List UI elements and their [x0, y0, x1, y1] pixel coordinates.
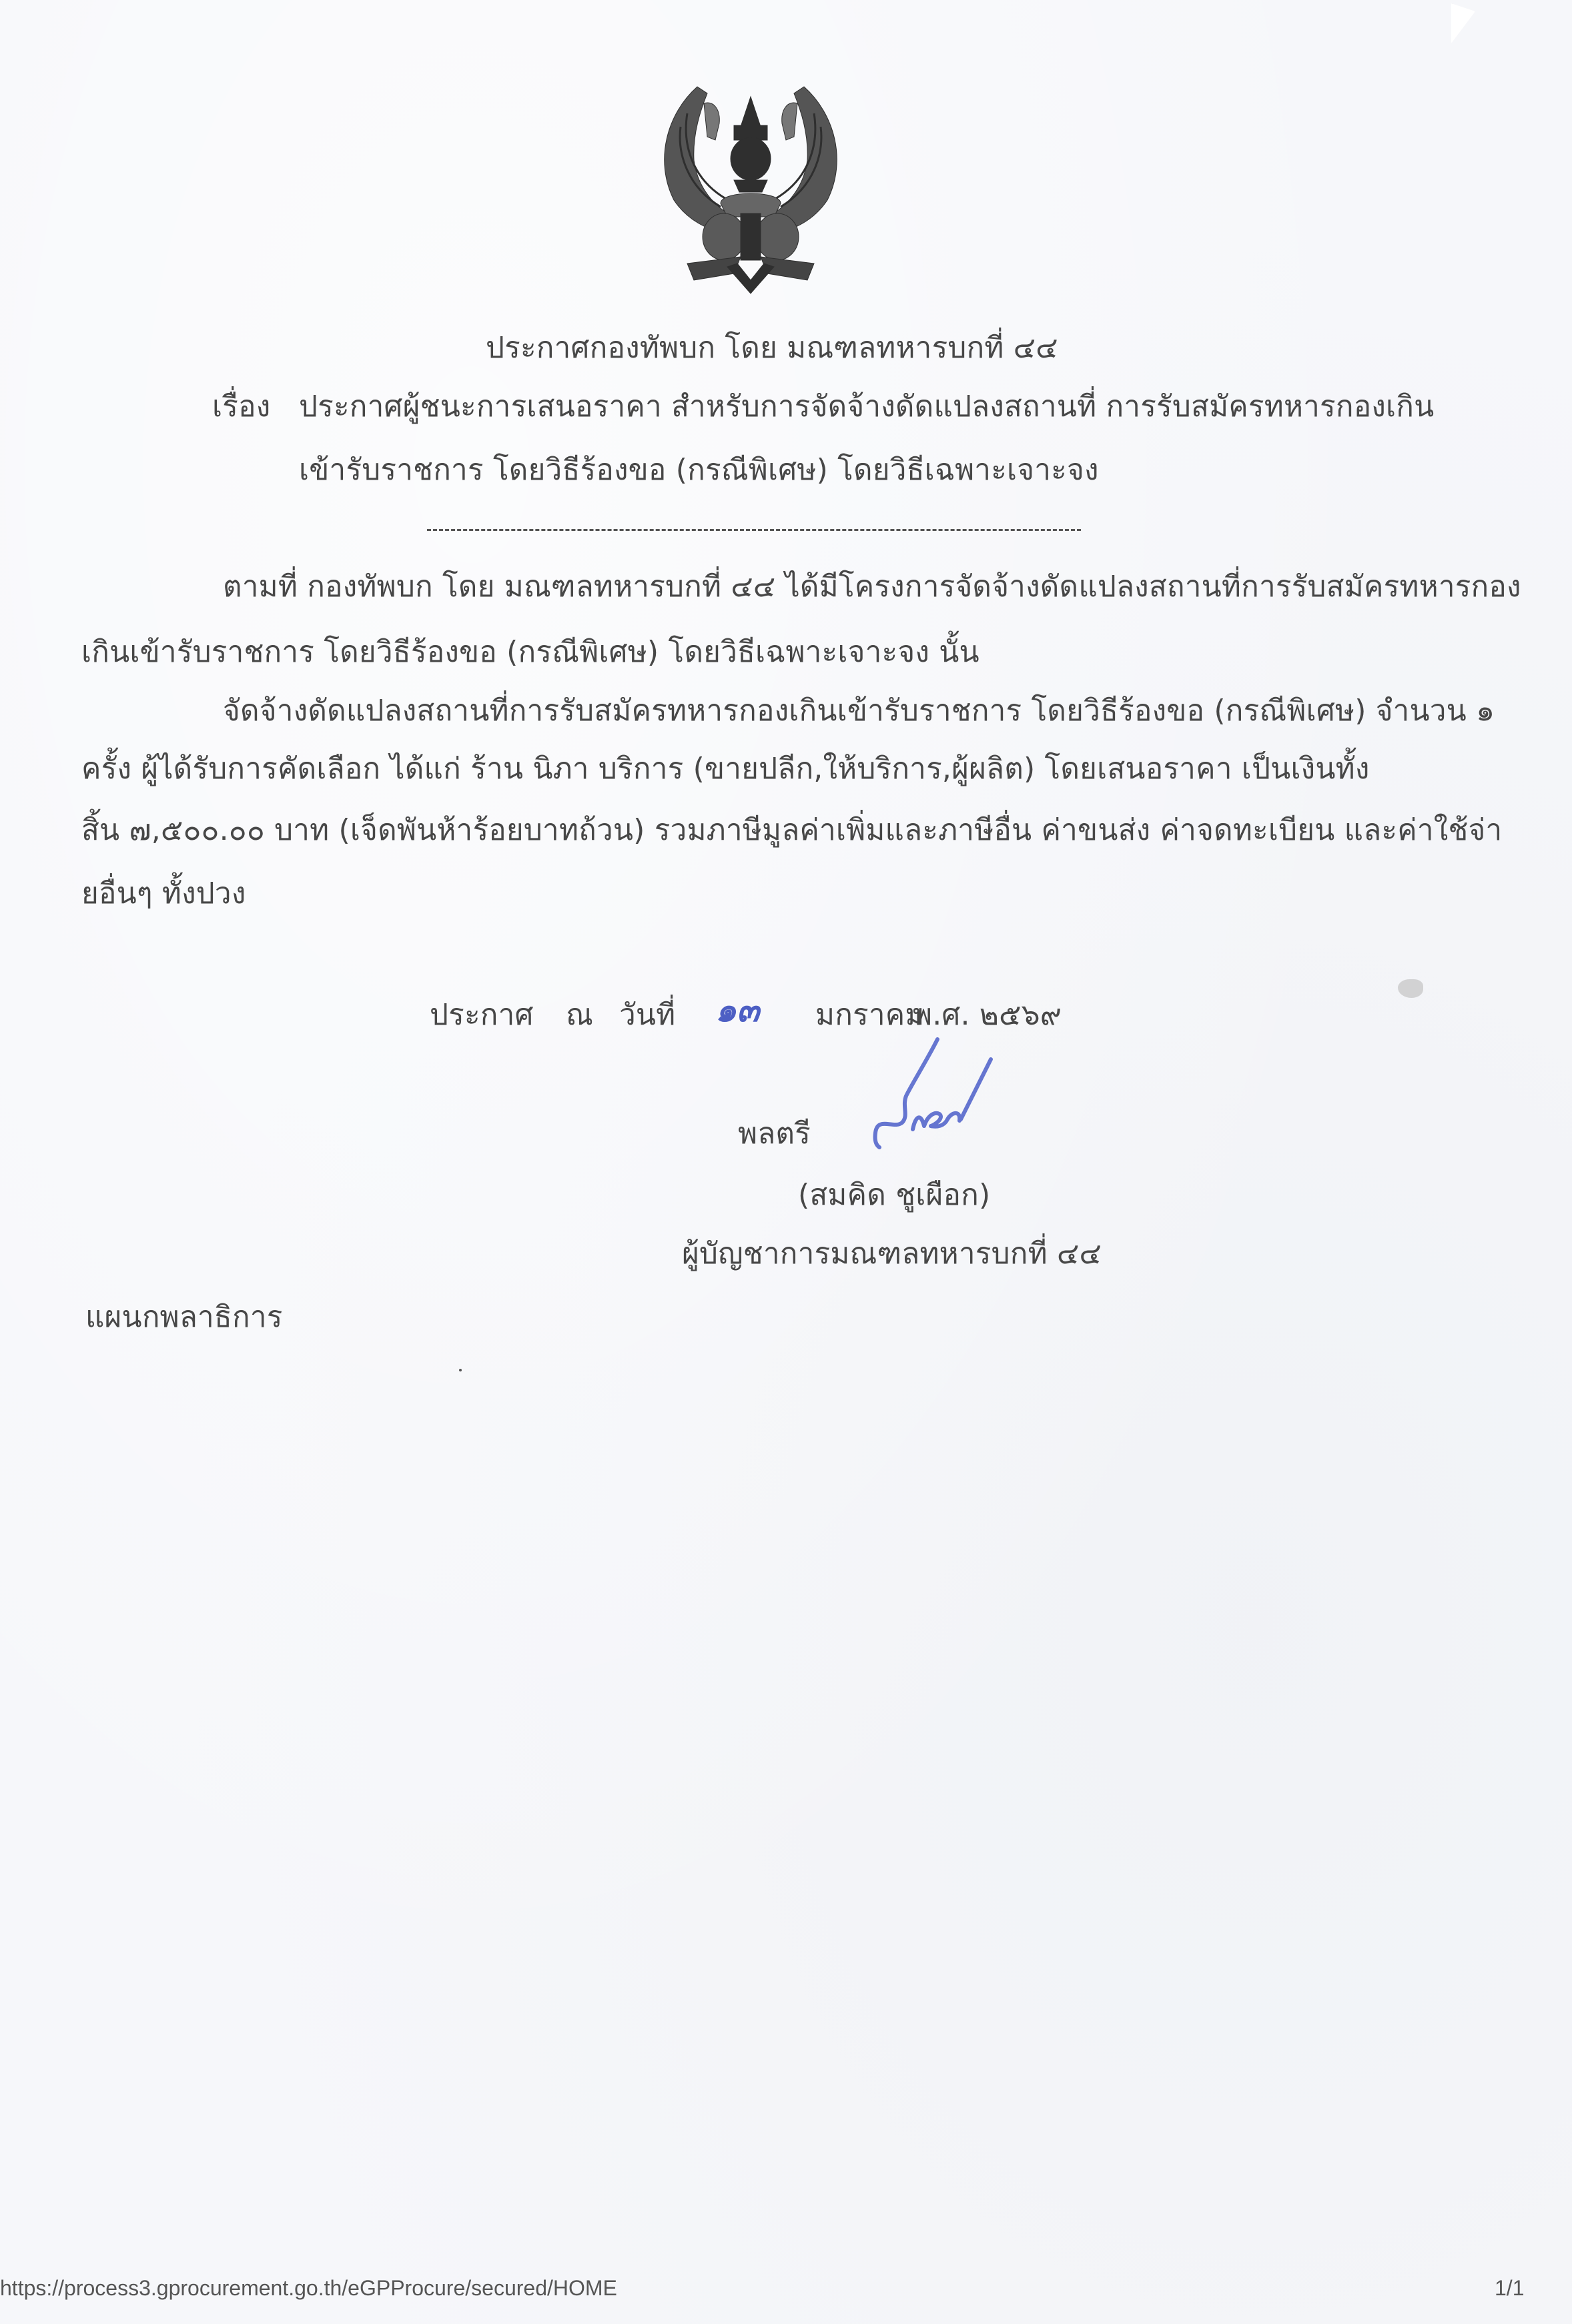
- body-paragraph-line: ตามที่ กองทัพบก โดย มณฑลทหารบกที่ ๔๔ ได้…: [223, 567, 1521, 607]
- body-paragraph-line: เกินเข้ารับราชการ โดยวิธีร้องขอ (กรณีพิเ…: [81, 632, 979, 672]
- ink-smudge: [1398, 979, 1423, 998]
- signer-position: ผู้บัญชาการมณฑลทหารบกที่ ๔๔: [682, 1234, 1102, 1274]
- body-paragraph-line: จัดจ้างดัดแปลงสถานที่การรับสมัครทหารกองเ…: [223, 691, 1495, 731]
- body-paragraph-line: ครั้ง ผู้ได้รับการคัดเลือก ได้แก่ ร้าน น…: [81, 749, 1370, 789]
- staple-tear: [1451, 3, 1475, 43]
- separator-line: [427, 529, 1081, 531]
- department-label: แผนกพลาธิการ: [85, 1297, 283, 1337]
- signer-name: (สมคิด ชูเผือก): [798, 1175, 990, 1215]
- date-year: พ.ศ. ๒๕๖๙: [913, 995, 1062, 1035]
- subject-line: ประกาศผู้ชนะการเสนอราคา สำหรับการจัดจ้าง…: [299, 387, 1434, 427]
- footer-url: https://process3.gprocurement.go.th/eGPP…: [0, 2276, 617, 2301]
- date-label: ประกาศ: [430, 995, 534, 1035]
- body-paragraph-line: ยอื่นๆ ทั้งปวง: [81, 874, 246, 914]
- date-month: มกราคม: [815, 995, 925, 1035]
- speck: [459, 1369, 462, 1371]
- document-title: ประกาศกองทัพบก โดย มณฑลทหารบกที่ ๔๔: [486, 328, 1058, 368]
- document-page: ประกาศกองทัพบก โดย มณฑลทหารบกที่ ๔๔ เรื่…: [0, 0, 1572, 2324]
- date-day-label: วันที่: [619, 995, 675, 1035]
- handwritten-day: ๑๓: [715, 990, 759, 1030]
- signer-rank: พลตรี: [738, 1114, 811, 1154]
- date-at: ณ: [566, 995, 593, 1035]
- subject-line: เข้ารับราชการ โดยวิธีร้องขอ (กรณีพิเศษ) …: [299, 450, 1099, 490]
- body-paragraph-line: สิ้น ๗,๕๐๐.๐๐ บาท (เจ็ดพันห้าร้อยบาทถ้วน…: [81, 810, 1502, 850]
- garuda-emblem-icon: [641, 73, 861, 300]
- page-number: 1/1: [1495, 2276, 1524, 2301]
- subject-label: เรื่อง: [212, 387, 270, 427]
- handwritten-signature: [861, 1033, 1021, 1153]
